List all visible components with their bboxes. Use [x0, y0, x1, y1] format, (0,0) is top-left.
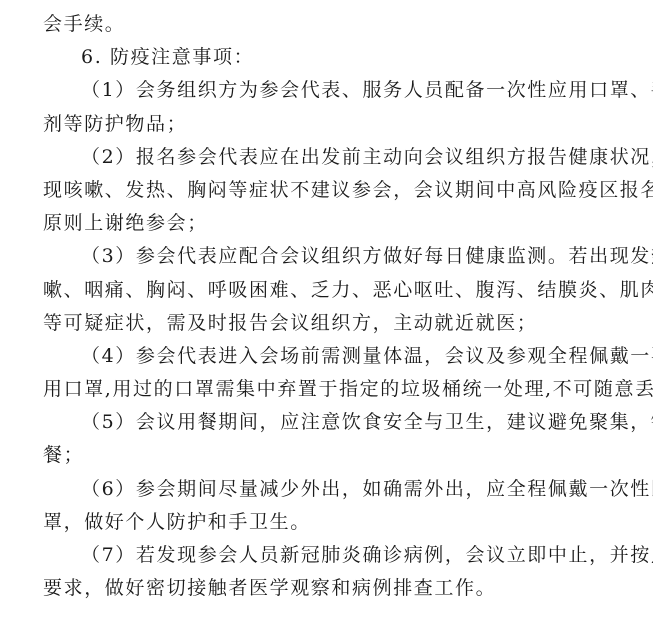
document-page: 会手续。 6. 防疫注意事项： （1）会务组织方为参会代表、服务人员配备一次性应…: [43, 8, 623, 605]
item-3-line-2: 嗽、咽痛、胸闷、呼吸困难、乏力、恶心呕吐、腹泻、结膜炎、肌肉酸痛: [43, 274, 623, 307]
item-1-line-2: 剂等防护物品；: [43, 108, 623, 141]
item-5-line-2: 餐；: [43, 439, 623, 472]
item-7-line-2: 要求，做好密切接触者医学观察和病例排查工作。: [43, 572, 623, 605]
item-1-line-1: （1）会务组织方为参会代表、服务人员配备一次性应用口罩、手消毒: [43, 74, 623, 107]
item-3-line-1: （3）参会代表应配合会议组织方做好每日健康监测。若出现发热、咳: [43, 240, 623, 273]
item-7-line-1: （7）若发现参会人员新冠肺炎确诊病例，会议立即中止，并按照相关: [43, 539, 623, 572]
item-4-line-2: 用口罩,用过的口罩需集中弃置于指定的垃圾桶统一处理,不可随意丢弃；: [43, 373, 623, 406]
section-heading-epidemic-prevention: 6. 防疫注意事项：: [43, 41, 623, 74]
item-6-line-2: 罩，做好个人防护和手卫生。: [43, 506, 623, 539]
item-2-line-2: 现咳嗽、发热、胸闷等症状不建议参会，会议期间中高风险疫区报名人员: [43, 174, 623, 207]
item-6-line-1: （6）参会期间尽量减少外出，如确需外出，应全程佩戴一次性医用口: [43, 473, 623, 506]
item-2-line-1: （2）报名参会代表应在出发前主动向会议组织方报告健康状况，如出: [43, 141, 623, 174]
item-4-line-1: （4）参会代表进入会场前需测量体温，会议及参观全程佩戴一次性医: [43, 340, 623, 373]
item-3-line-3: 等可疑症状，需及时报告会议组织方，主动就近就医；: [43, 307, 623, 340]
item-2-line-3: 原则上谢绝参会；: [43, 207, 623, 240]
item-5-line-1: （5）会议用餐期间，应注意饮食安全与卫生，建议避免聚集，错峰就: [43, 406, 623, 439]
text-line-continuation: 会手续。: [43, 8, 623, 41]
